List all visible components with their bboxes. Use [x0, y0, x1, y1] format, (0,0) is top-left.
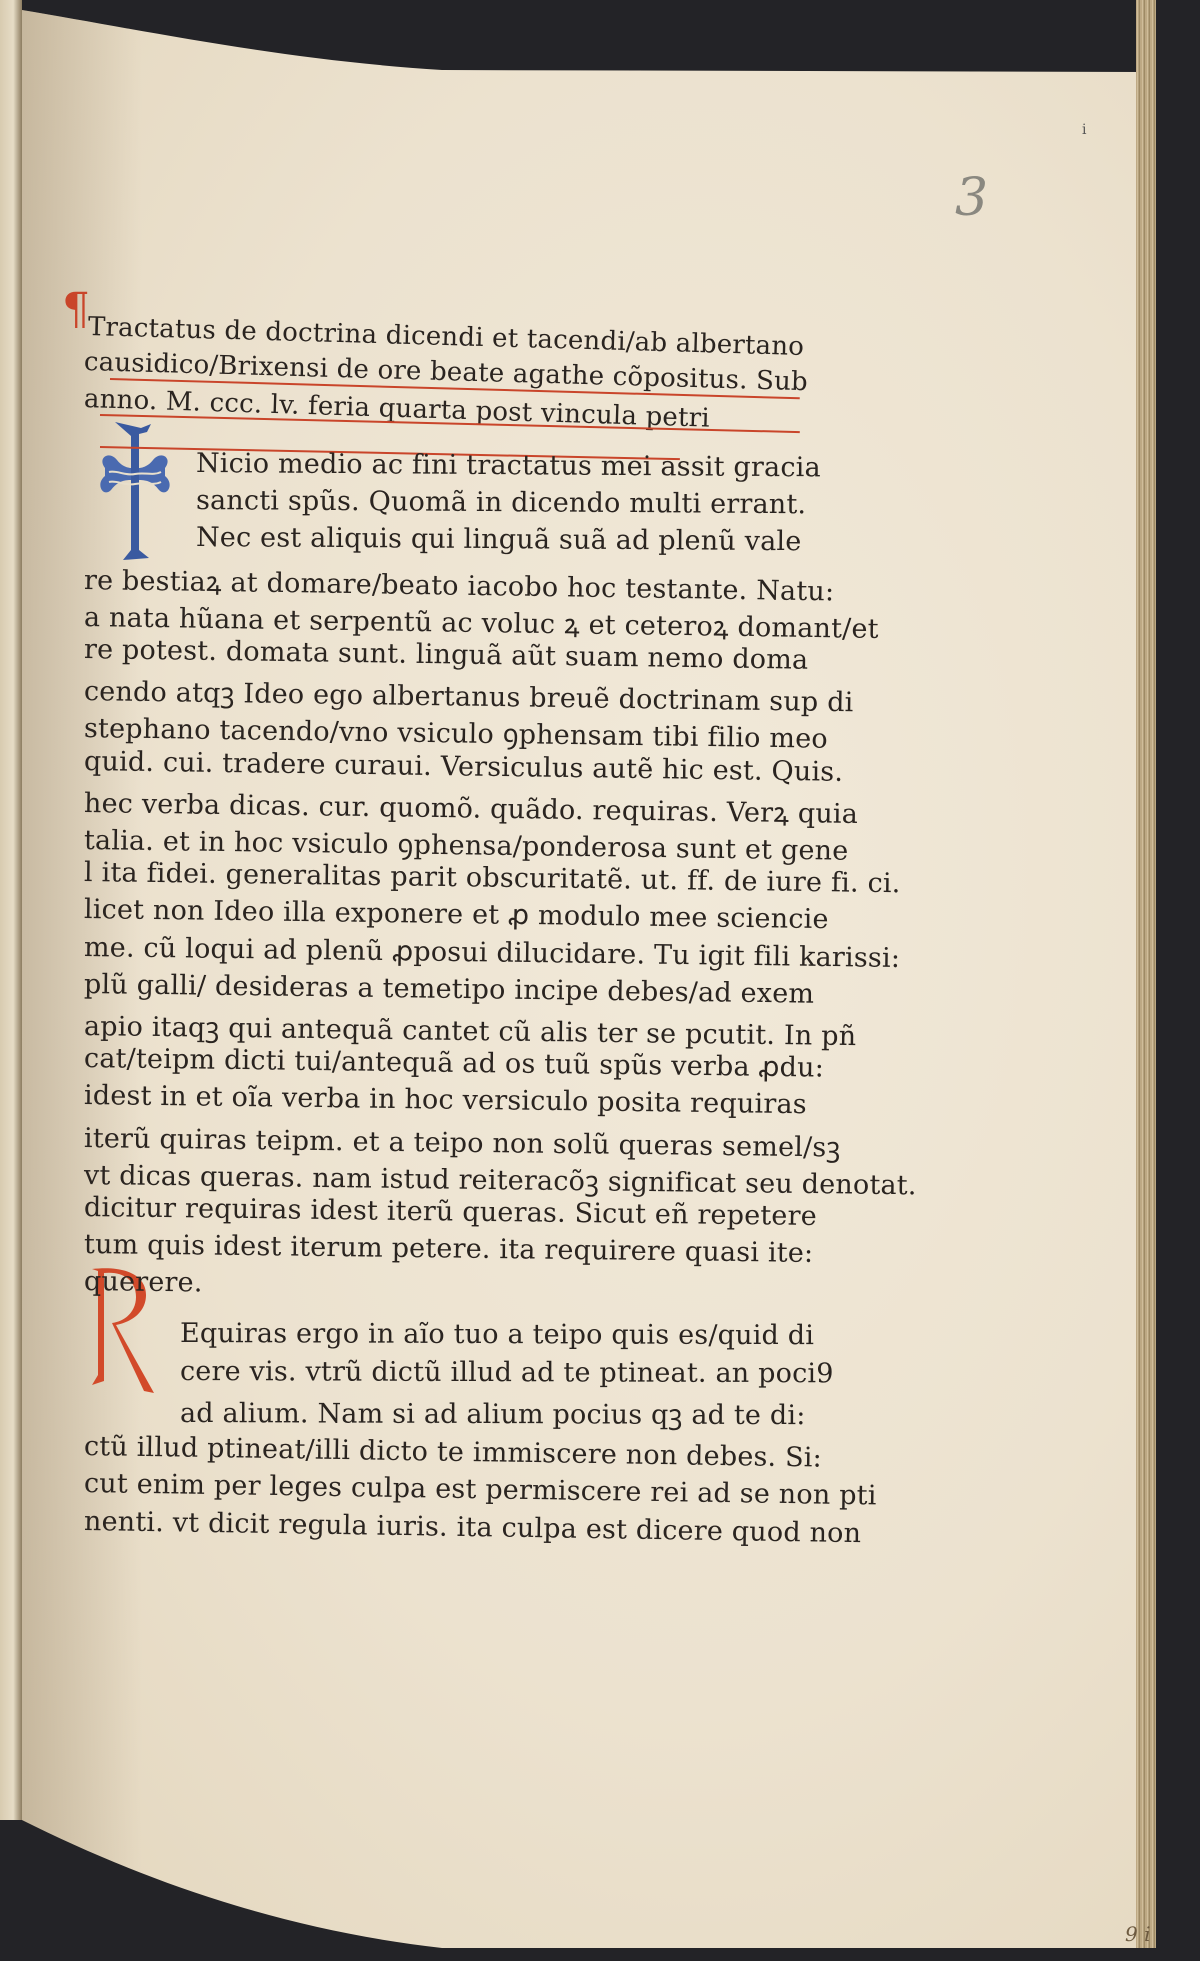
body-line: licet non Ideo illa exponere et ꝓ modulo…: [84, 894, 829, 935]
body-line: me. cũ loqui ad plenũ ꝓposui dilucidare.…: [84, 932, 901, 974]
text-block: Tractatus de doctrina dicendi et tacendi…: [0, 0, 1200, 1961]
body-line: cut enim per leges culpa est permiscere …: [84, 1468, 877, 1511]
body-line: plũ galli/ desideras a temetipo incipe d…: [84, 969, 815, 1010]
body-line: Nicio medio ac fini tractatus mei assit …: [196, 448, 821, 483]
body-line: sancti spũs. Quomã in dicendo multi erra…: [196, 485, 806, 520]
body-line: idest in et oĩa verba in hoc versiculo p…: [84, 1080, 807, 1120]
body-line: ad alium. Nam si ad alium pocius qꝫ ad t…: [180, 1393, 806, 1432]
body-line: cere vis. vtrũ dictũ illud ad te ptineat…: [180, 1356, 834, 1389]
body-line: nenti. vt dicit regula iuris. ita culpa …: [84, 1506, 862, 1549]
body-line: Nec est aliquis qui linguã suã ad plenũ …: [196, 522, 802, 557]
body-line: querere.: [84, 1266, 203, 1298]
body-line: Equiras ergo in aĩo tuo a teipo quis es/…: [180, 1318, 814, 1351]
body-line: ctũ illud ptineat/illi dicto te immiscer…: [84, 1431, 822, 1474]
body-line: tum quis idest iterum petere. ita requir…: [84, 1229, 814, 1269]
